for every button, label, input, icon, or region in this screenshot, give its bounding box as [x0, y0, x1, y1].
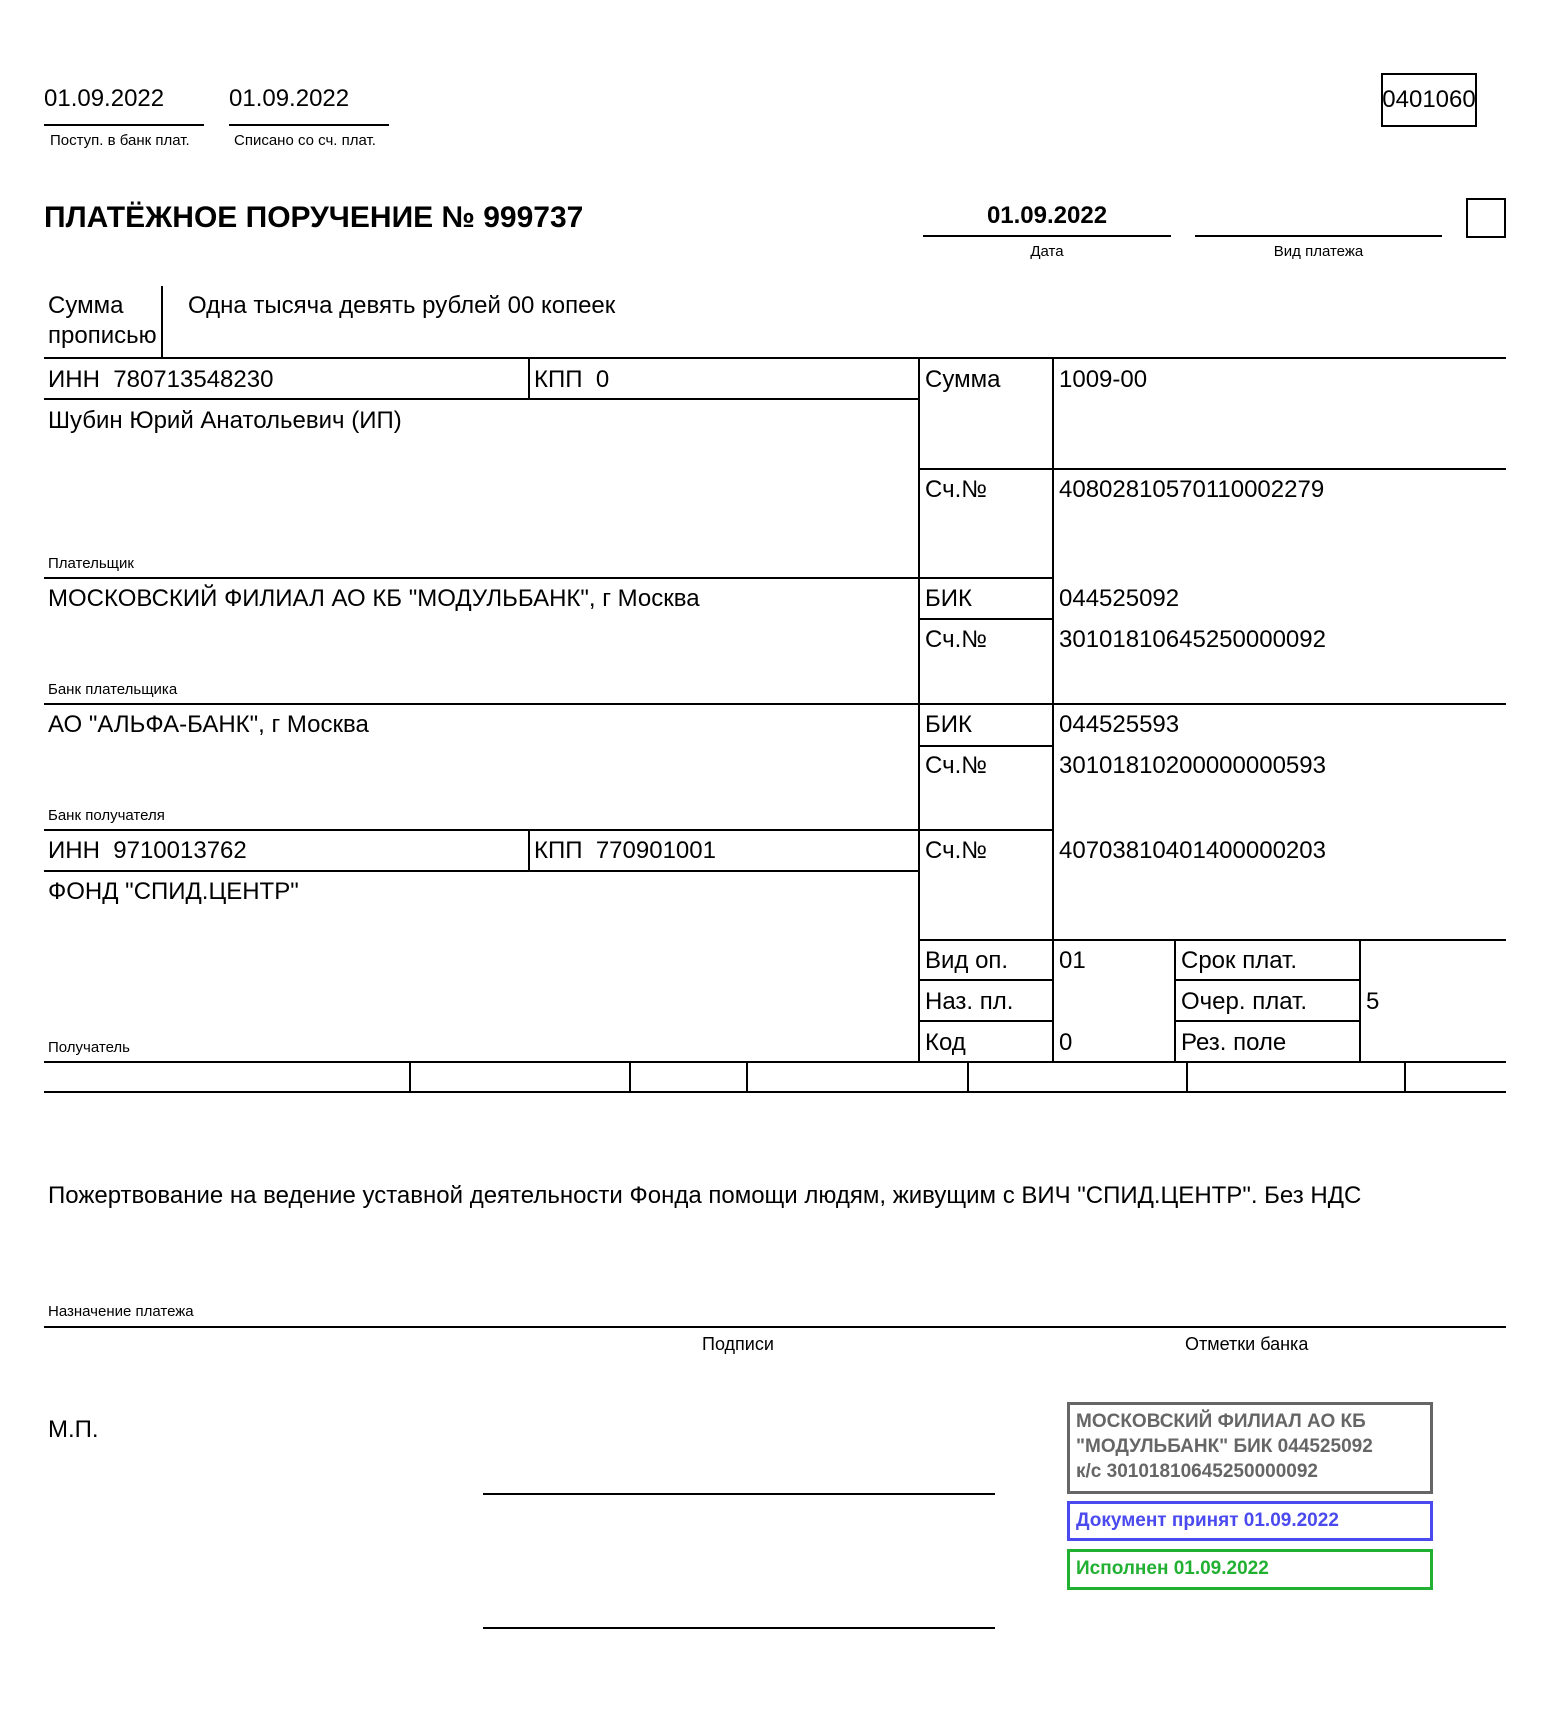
payer-name: Шубин Юрий Анатольевич (ИП)	[48, 407, 402, 435]
due-date-label: Срок плат.	[1181, 947, 1297, 975]
grid-line	[528, 829, 530, 871]
signature-line-2	[483, 1627, 995, 1629]
tax-cell-divider	[967, 1061, 969, 1092]
grid-line	[1359, 939, 1361, 1062]
grid-line	[44, 829, 1052, 831]
payment-purpose-text: Пожертвование на ведение уставной деятел…	[48, 1182, 1361, 1210]
payer-account: 40802810570110002279	[1059, 476, 1324, 504]
grid-line	[1174, 939, 1176, 1062]
payee-bank-bik-label: БИК	[925, 711, 972, 739]
payer-bank-account-label: Сч.№	[925, 626, 987, 654]
reserved-label: Рез. поле	[1181, 1029, 1286, 1057]
executed-stamp: Исполнен 01.09.2022	[1067, 1549, 1433, 1590]
payer-bank-account: 30101810645250000092	[1059, 626, 1326, 654]
tax-cell-divider	[746, 1061, 748, 1092]
bank-marks-label: Отметки банка	[1185, 1334, 1308, 1355]
payee-bank-account: 30101810200000000593	[1059, 752, 1326, 780]
payee-inn: ИНН 9710013762	[48, 837, 247, 865]
priority-label: Очер. плат.	[1181, 988, 1307, 1016]
tax-cell-divider	[629, 1061, 631, 1092]
grid-divider-left	[918, 357, 920, 1062]
payee-account: 40703810401400000203	[1059, 837, 1326, 865]
amount-words-label-2: прописью	[48, 322, 157, 350]
document-date-label: Дата	[923, 243, 1171, 261]
payer-section-label: Плательщик	[48, 555, 134, 573]
debited-date: 01.09.2022	[229, 85, 349, 113]
payee-bank-account-label: Сч.№	[925, 752, 987, 780]
op-type: 01	[1059, 947, 1086, 975]
tax-cell-divider	[1404, 1061, 1406, 1092]
amount-words-divider	[161, 286, 163, 358]
accepted-stamp: Документ принят 01.09.2022	[1067, 1501, 1433, 1541]
grid-line	[918, 979, 1052, 981]
signature-line-1	[483, 1493, 995, 1495]
grid-line	[44, 398, 918, 400]
code-label: Код	[925, 1029, 966, 1057]
payment-type-line	[1195, 235, 1442, 237]
code: 0	[1059, 1029, 1072, 1057]
payer-bank-name: МОСКОВСКИЙ ФИЛИАЛ АО КБ "МОДУЛЬБАНК", г …	[48, 585, 700, 613]
payee-bank-section-label: Банк получателя	[48, 807, 165, 825]
status-checkbox	[1466, 198, 1506, 238]
grid-line	[44, 870, 918, 872]
grid-line	[918, 1020, 1052, 1022]
payer-inn: ИНН 780713548230	[48, 366, 273, 394]
grid-line	[918, 939, 1506, 941]
form-code-box: 0401060	[1381, 73, 1477, 127]
grid-line	[44, 357, 1506, 359]
payer-bank-bik: 044525092	[1059, 585, 1179, 613]
purpose-code-label: Наз. пл.	[925, 988, 1013, 1016]
debited-date-label: Списано со сч. плат.	[234, 132, 376, 150]
amount-words-label-1: Сумма	[48, 292, 123, 320]
op-type-label: Вид оп.	[925, 947, 1008, 975]
document-title: ПЛАТЁЖНОЕ ПОРУЧЕНИЕ № 999737	[44, 200, 583, 236]
received-date-label: Поступ. в банк плат.	[50, 132, 190, 150]
payer-kpp: КПП 0	[534, 366, 609, 394]
grid-line	[44, 1091, 1506, 1093]
document-date-line	[923, 235, 1171, 237]
payee-kpp: КПП 770901001	[534, 837, 716, 865]
grid-line	[918, 468, 1506, 470]
grid-line	[528, 357, 530, 399]
bank-stamp: МОСКОВСКИЙ ФИЛИАЛ АО КБ "МОДУЛЬБАНК" БИК…	[1067, 1402, 1433, 1494]
tax-cell-divider	[1186, 1061, 1188, 1092]
document-date: 01.09.2022	[923, 202, 1171, 230]
grid-line	[44, 1326, 1506, 1328]
bank-stamp-line: к/с 30101810645250000092	[1076, 1459, 1424, 1484]
debited-date-line	[229, 124, 389, 126]
stamp-place-label: М.П.	[48, 1416, 99, 1444]
payer-bank-section-label: Банк плательщика	[48, 681, 177, 699]
payment-purpose-label: Назначение платежа	[48, 1303, 194, 1321]
grid-line	[918, 618, 1052, 620]
grid-line	[44, 577, 1052, 579]
priority: 5	[1366, 988, 1379, 1016]
bank-stamp-line: МОСКОВСКИЙ ФИЛИАЛ АО КБ	[1076, 1409, 1424, 1434]
payee-bank-name: АО "АЛЬФА-БАНК", г Москва	[48, 711, 369, 739]
tax-cell-divider	[409, 1061, 411, 1092]
payee-name: ФОНД "СПИД.ЦЕНТР"	[48, 878, 299, 906]
form-code: 0401060	[1382, 86, 1475, 114]
grid-line	[44, 703, 1506, 705]
payer-bank-bik-label: БИК	[925, 585, 972, 613]
payee-account-label: Сч.№	[925, 837, 987, 865]
grid-line	[1174, 1020, 1359, 1022]
grid-divider-right	[1052, 357, 1054, 1062]
grid-line	[44, 1061, 1506, 1063]
payer-amount: 1009-00	[1059, 366, 1147, 394]
amount-words-value: Одна тысяча девять рублей 00 копеек	[188, 292, 615, 320]
grid-line	[918, 745, 1052, 747]
payee-section-label: Получатель	[48, 1039, 130, 1057]
payer-amount-label: Сумма	[925, 366, 1000, 394]
bank-stamp-line: "МОДУЛЬБАНК" БИК 044525092	[1076, 1434, 1424, 1459]
received-date-line	[44, 124, 204, 126]
payee-bank-bik: 044525593	[1059, 711, 1179, 739]
payment-type-label: Вид платежа	[1195, 243, 1442, 261]
grid-line	[1174, 979, 1359, 981]
received-date: 01.09.2022	[44, 85, 164, 113]
signatures-label: Подписи	[702, 1334, 774, 1355]
payer-account-label: Сч.№	[925, 476, 987, 504]
